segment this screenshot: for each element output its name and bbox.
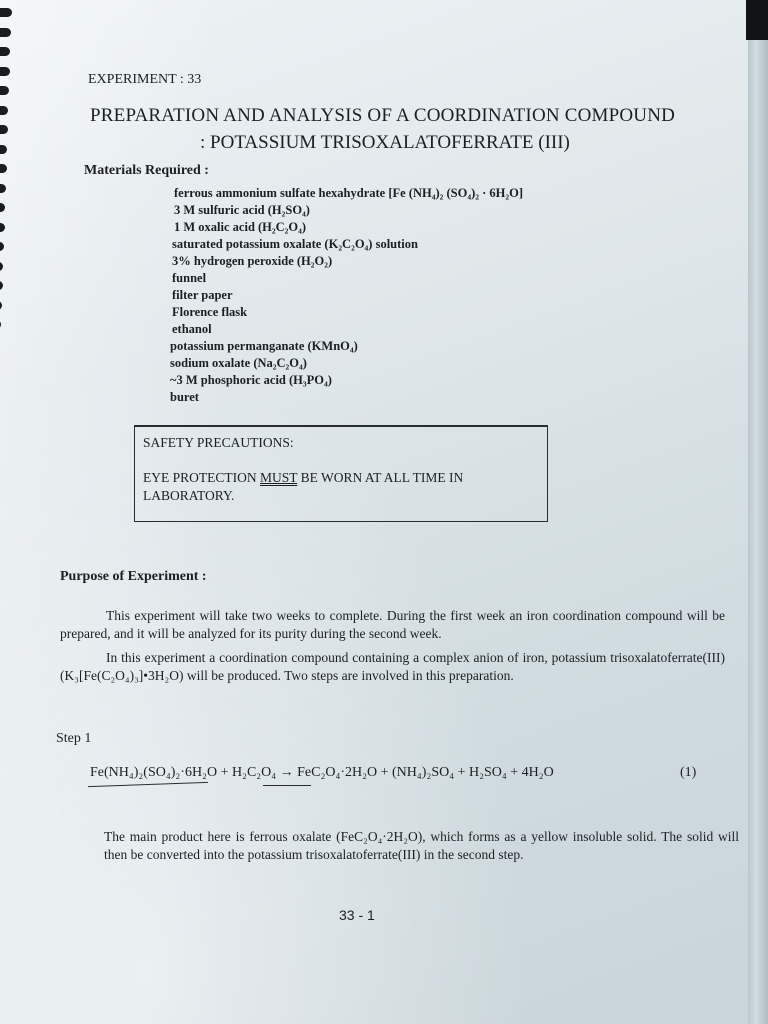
step-1-label: Step 1	[56, 731, 91, 747]
spiral-coil	[0, 164, 7, 173]
background-corner	[746, 0, 768, 40]
purpose-heading: Purpose of Experiment :	[60, 569, 207, 585]
safety-text: EYE PROTECTION MUST BE WORN AT ALL TIME …	[143, 469, 539, 505]
spiral-coil	[0, 301, 2, 310]
purpose-paragraph-1: This experiment will take two weeks to c…	[60, 607, 725, 643]
spiral-coil	[0, 125, 8, 134]
title-line-2: : POTASSIUM TRISOXALATOFERRATE (III)	[200, 132, 570, 154]
page-stack-edge	[748, 0, 768, 1024]
spiral-coil	[0, 106, 8, 115]
material-item: saturated potassium oxalate (K₂C₂O₄) sol…	[172, 236, 523, 253]
spiral-coil	[0, 262, 3, 271]
spiral-coil	[0, 203, 5, 212]
material-item: 3 M sulfuric acid (H₂SO₄)	[174, 202, 523, 219]
material-item: ~3 M phosphoric acid (H₃PO₄)	[170, 372, 523, 389]
spiral-coil	[0, 242, 4, 251]
spiral-coil	[0, 145, 7, 154]
material-item: filter paper	[172, 287, 523, 304]
material-item: ferrous ammonium sulfate hexahydrate [Fe…	[174, 185, 523, 202]
pen-underline	[263, 785, 311, 786]
material-item: sodium oxalate (Na₂C₂O₄)	[170, 355, 523, 372]
spiral-coil	[0, 86, 9, 95]
spiral-coil	[0, 320, 1, 329]
safety-precautions-box: SAFETY PRECAUTIONS: EYE PROTECTION MUST …	[134, 425, 548, 522]
material-item: 3% hydrogen peroxide (H₂O₂)	[172, 253, 523, 270]
page-number: 33 - 1	[339, 907, 375, 923]
emphasis-must: MUST	[260, 470, 297, 485]
spiral-coil	[0, 223, 5, 232]
spiral-coil	[0, 184, 6, 193]
spiral-coil	[0, 67, 10, 76]
equation-number: (1)	[680, 765, 696, 781]
pen-underline	[88, 782, 208, 787]
spiral-coil	[0, 28, 11, 37]
material-item: buret	[170, 389, 523, 406]
spiral-binding	[0, 0, 16, 1024]
step-1-paragraph: The main product here is ferrous oxalate…	[104, 828, 739, 864]
title-line-1: PREPARATION AND ANALYSIS OF A COORDINATI…	[90, 105, 675, 127]
purpose-paragraph-2: In this experiment a coordination compou…	[60, 649, 725, 685]
materials-heading: Materials Required :	[84, 163, 209, 179]
material-item: funnel	[172, 270, 523, 287]
safety-title: SAFETY PRECAUTIONS:	[143, 435, 539, 451]
reaction-equation: Fe(NH₄)₂(SO₄)₂·6H₂O + H₂C₂O₄ → FeC₂O₄·2H…	[90, 765, 554, 781]
material-item: potassium permanganate (KMnO₄)	[170, 338, 523, 355]
material-item: 1 M oxalic acid (H₂C₂O₄)	[174, 219, 523, 236]
material-item: ethanol	[172, 321, 523, 338]
spiral-coil	[0, 281, 3, 290]
spiral-coil	[0, 8, 12, 17]
spiral-coil	[0, 47, 10, 56]
materials-list: ferrous ammonium sulfate hexahydrate [Fe…	[174, 185, 523, 406]
experiment-label: EXPERIMENT : 33	[88, 72, 201, 88]
document-page: EXPERIMENT : 33 PREPARATION AND ANALYSIS…	[0, 0, 748, 1024]
material-item: Florence flask	[172, 304, 523, 321]
